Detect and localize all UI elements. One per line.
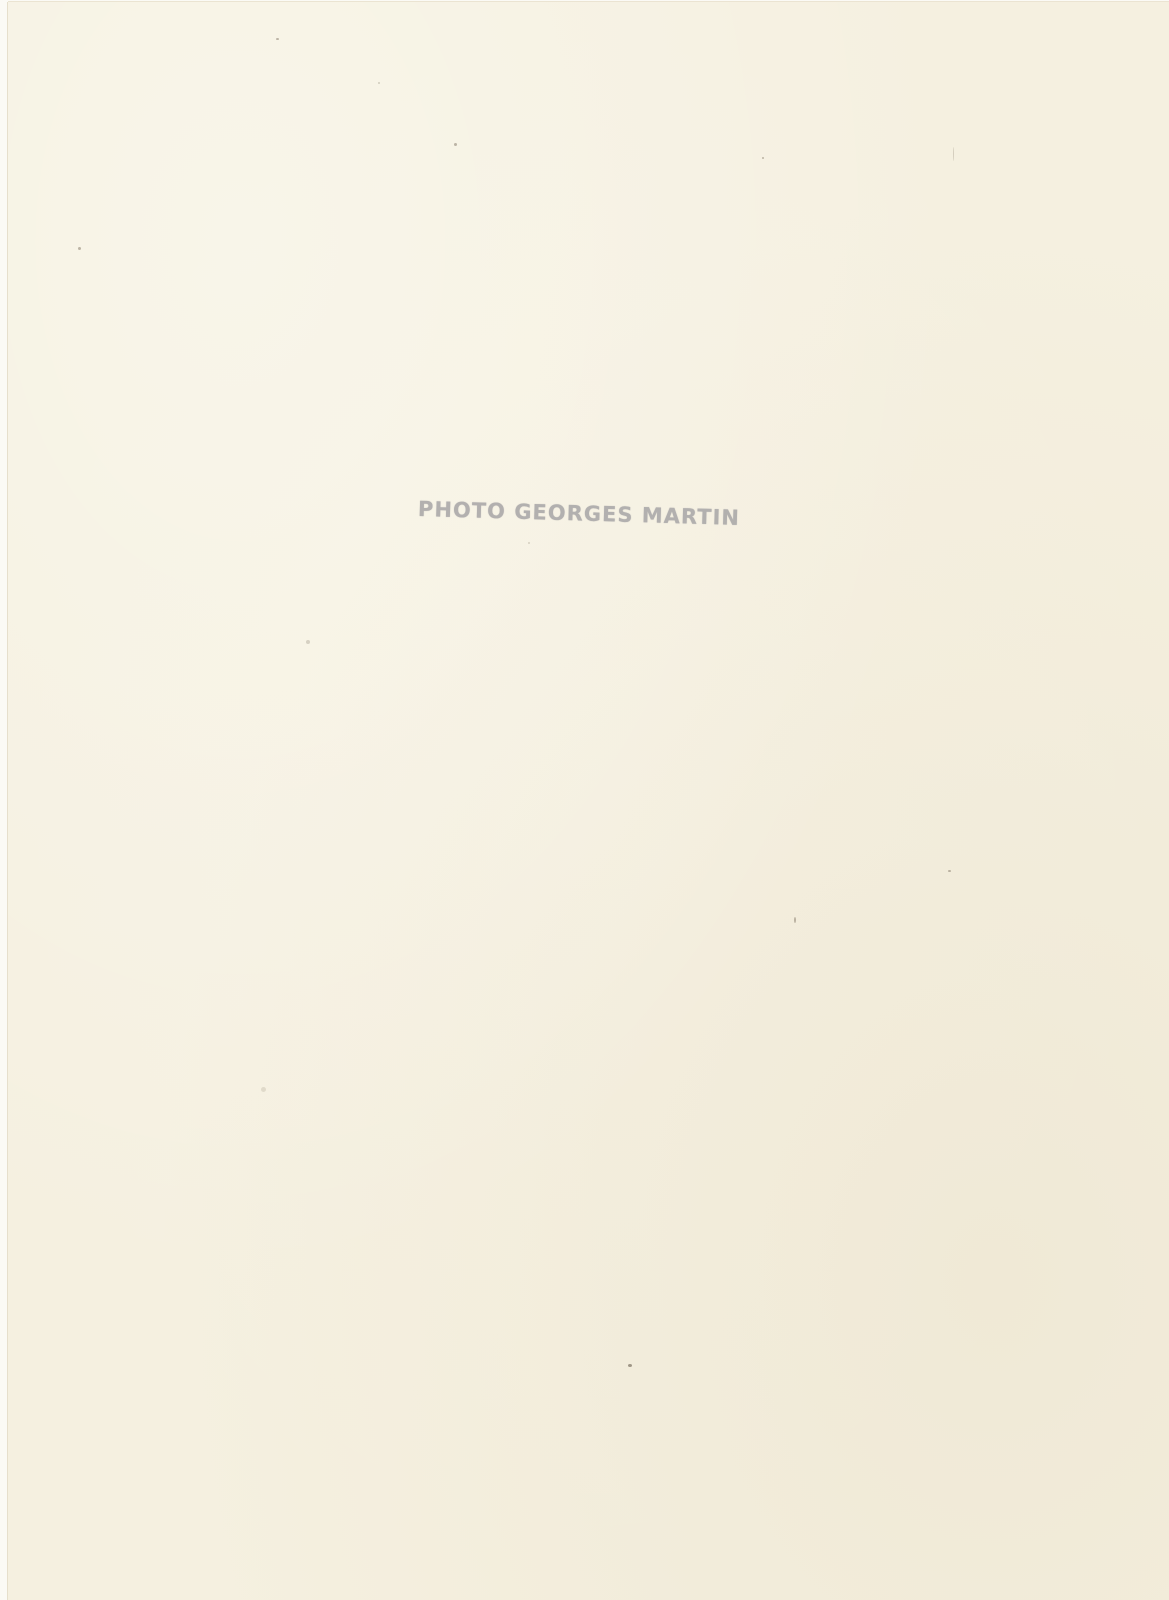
paper-speck	[953, 147, 954, 161]
paper-speck	[628, 1364, 632, 1367]
photo-print-back	[8, 2, 1169, 1600]
paper-speck	[306, 640, 310, 644]
paper-speck	[78, 247, 81, 250]
paper-speck	[261, 1087, 266, 1092]
paper-speck	[378, 82, 380, 84]
paper-speck	[794, 917, 796, 923]
paper-speck	[454, 143, 457, 146]
paper-speck	[276, 38, 279, 40]
paper-speck	[762, 157, 764, 159]
paper-speck	[528, 542, 530, 544]
paper-speck	[948, 870, 951, 872]
